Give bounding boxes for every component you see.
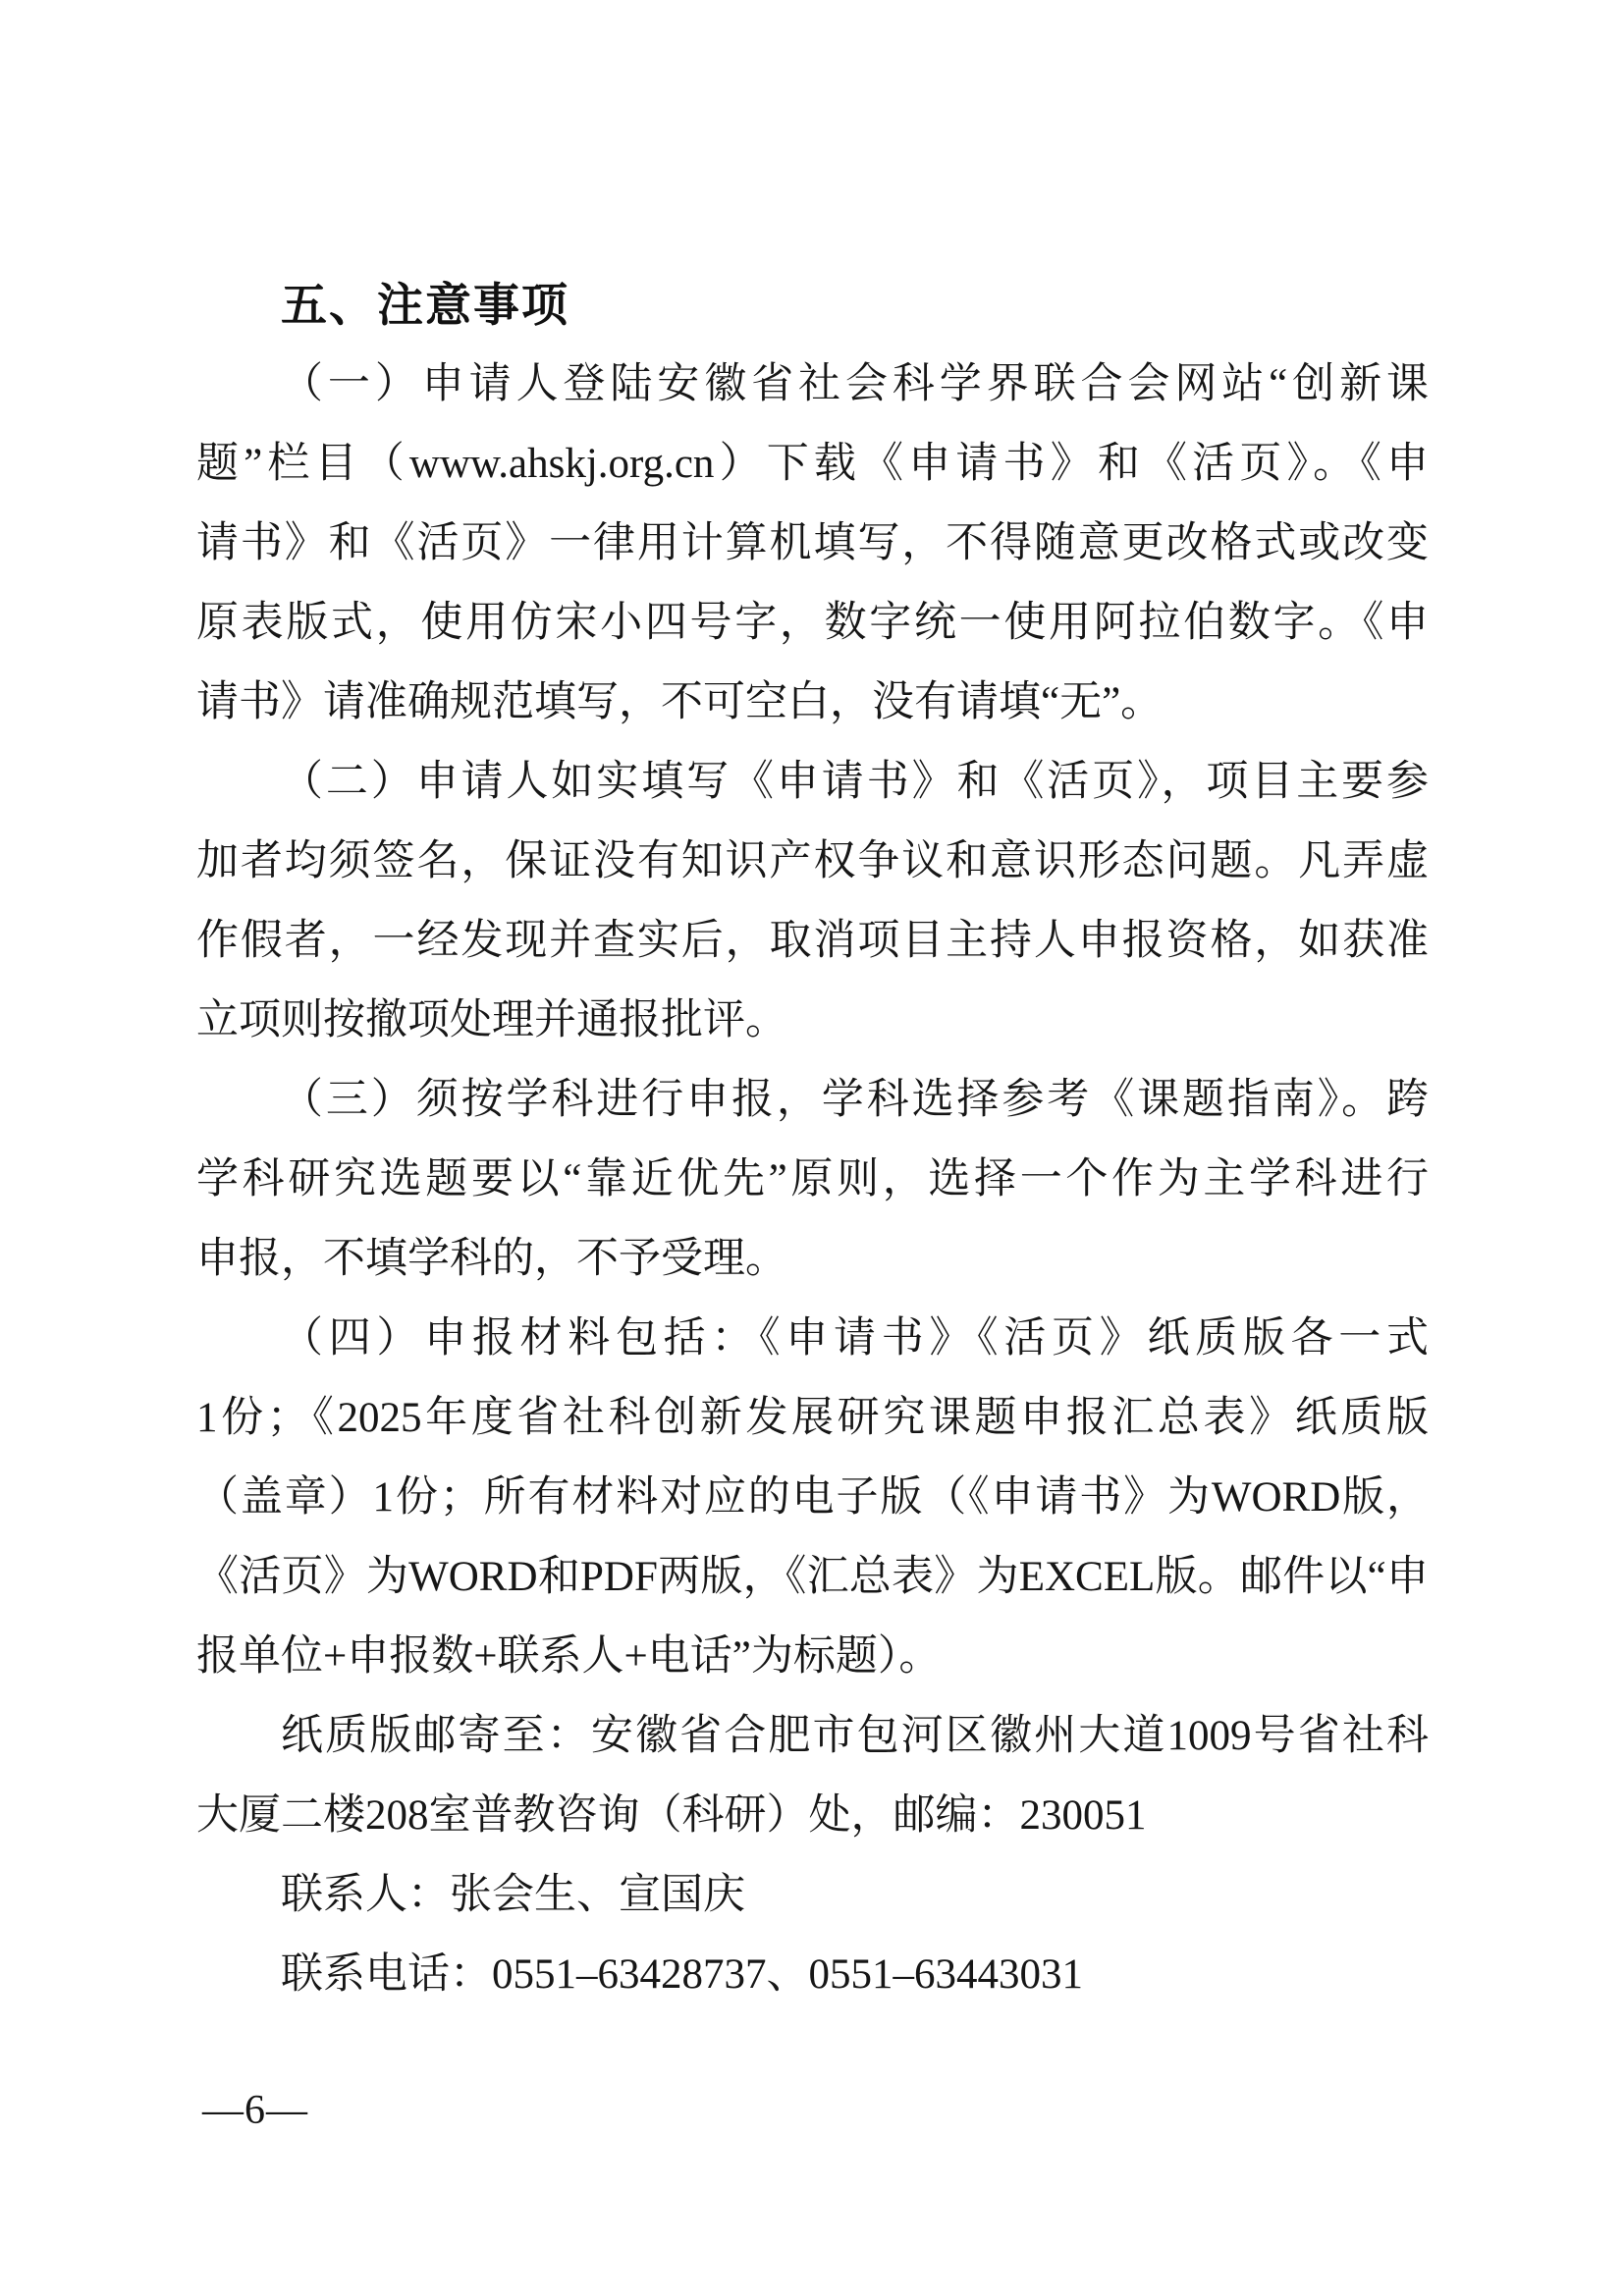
paragraph-line: 申报，不填学科的，不予受理。 xyxy=(196,1219,1429,1299)
page-footer: —6— xyxy=(202,2081,308,2140)
paragraph: 纸质版邮寄至：安徽省合肥市包河区徽州大道1009号省社科大厦二楼208室普教咨询… xyxy=(196,1696,1429,1855)
paragraphs-container: （一）申请人登陆安徽省社会科学界联合会网站“创新课题”栏目（www.ahskj.… xyxy=(196,345,1429,2014)
paragraph-line: 原表版式，使用仿宋小四号字，数字统一使用阿拉伯数字。《申 xyxy=(196,583,1429,663)
paragraph-line: （四）申报材料包括：《申请书》《活页》纸质版各一式 xyxy=(196,1299,1429,1378)
section-heading: 五、注意事项 xyxy=(196,265,1429,345)
paragraph-line: （二）申请人如实填写《申请书》和《活页》，项目主要参 xyxy=(196,742,1429,822)
paragraph: （二）申请人如实填写《申请书》和《活页》，项目主要参加者均须签名，保证没有知识产… xyxy=(196,742,1429,1060)
paragraph-line: 纸质版邮寄至：安徽省合肥市包河区徽州大道1009号省社科 xyxy=(196,1696,1429,1776)
paragraph: 联系人：张会生、宣国庆 xyxy=(196,1855,1429,1935)
paragraph-line: （一）申请人登陆安徽省社会科学界联合会网站“创新课 xyxy=(196,345,1429,424)
paragraph-line: 请书》和《活页》一律用计算机填写，不得随意更改格式或改变 xyxy=(196,504,1429,583)
paragraph: （三）须按学科进行申报，学科选择参考《课题指南》。跨学科研究选题要以“靠近优先”… xyxy=(196,1060,1429,1299)
paragraph-line: 报单位+申报数+联系人+电话”为标题）。 xyxy=(196,1617,1429,1696)
paragraph-line: 《活页》为WORD和PDF两版，《汇总表》为EXCEL版。邮件以“申 xyxy=(196,1537,1429,1617)
paragraph-line: 作假者，一经发现并查实后，取消项目主持人申报资格，如获准 xyxy=(196,901,1429,981)
notice-section: 五、注意事项 （一）申请人登陆安徽省社会科学界联合会网站“创新课题”栏目（www… xyxy=(196,265,1429,2014)
paragraph: （一）申请人登陆安徽省社会科学界联合会网站“创新课题”栏目（www.ahskj.… xyxy=(196,345,1429,742)
paragraph-line: 联系人：张会生、宣国庆 xyxy=(196,1855,1429,1935)
paragraph-line: 1份；《2025年度省社科创新发展研究课题申报汇总表》纸质版 xyxy=(196,1378,1429,1458)
paragraph-line: 联系电话：0551–63428737、0551–63443031 xyxy=(196,1935,1429,2014)
paragraph-line: 大厦二楼208室普教咨询（科研）处，邮编：230051 xyxy=(196,1776,1429,1855)
paragraph-line: 加者均须签名，保证没有知识产权争议和意识形态问题。凡弄虚 xyxy=(196,822,1429,901)
paragraph: 联系电话：0551–63428737、0551–63443031 xyxy=(196,1935,1429,2014)
paragraph-line: 学科研究选题要以“靠近优先”原则，选择一个作为主学科进行 xyxy=(196,1140,1429,1219)
paragraph: （四）申报材料包括：《申请书》《活页》纸质版各一式1份；《2025年度省社科创新… xyxy=(196,1299,1429,1696)
paragraph-line: （盖章）1份；所有材料对应的电子版（《申请书》为WORD版， xyxy=(196,1458,1429,1537)
paragraph-line: （三）须按学科进行申报，学科选择参考《课题指南》。跨 xyxy=(196,1060,1429,1140)
paragraph-line: 立项则按撤项处理并通报批评。 xyxy=(196,981,1429,1060)
paragraph-line: 请书》请准确规范填写，不可空白，没有请填“无”。 xyxy=(196,663,1429,742)
page-number: —6— xyxy=(202,2088,308,2133)
paragraph-line: 题”栏目（www.ahskj.org.cn）下载《申请书》和《活页》。《申 xyxy=(196,424,1429,504)
document-page: 五、注意事项 （一）申请人登陆安徽省社会科学界联合会网站“创新课题”栏目（www… xyxy=(0,0,1624,2296)
